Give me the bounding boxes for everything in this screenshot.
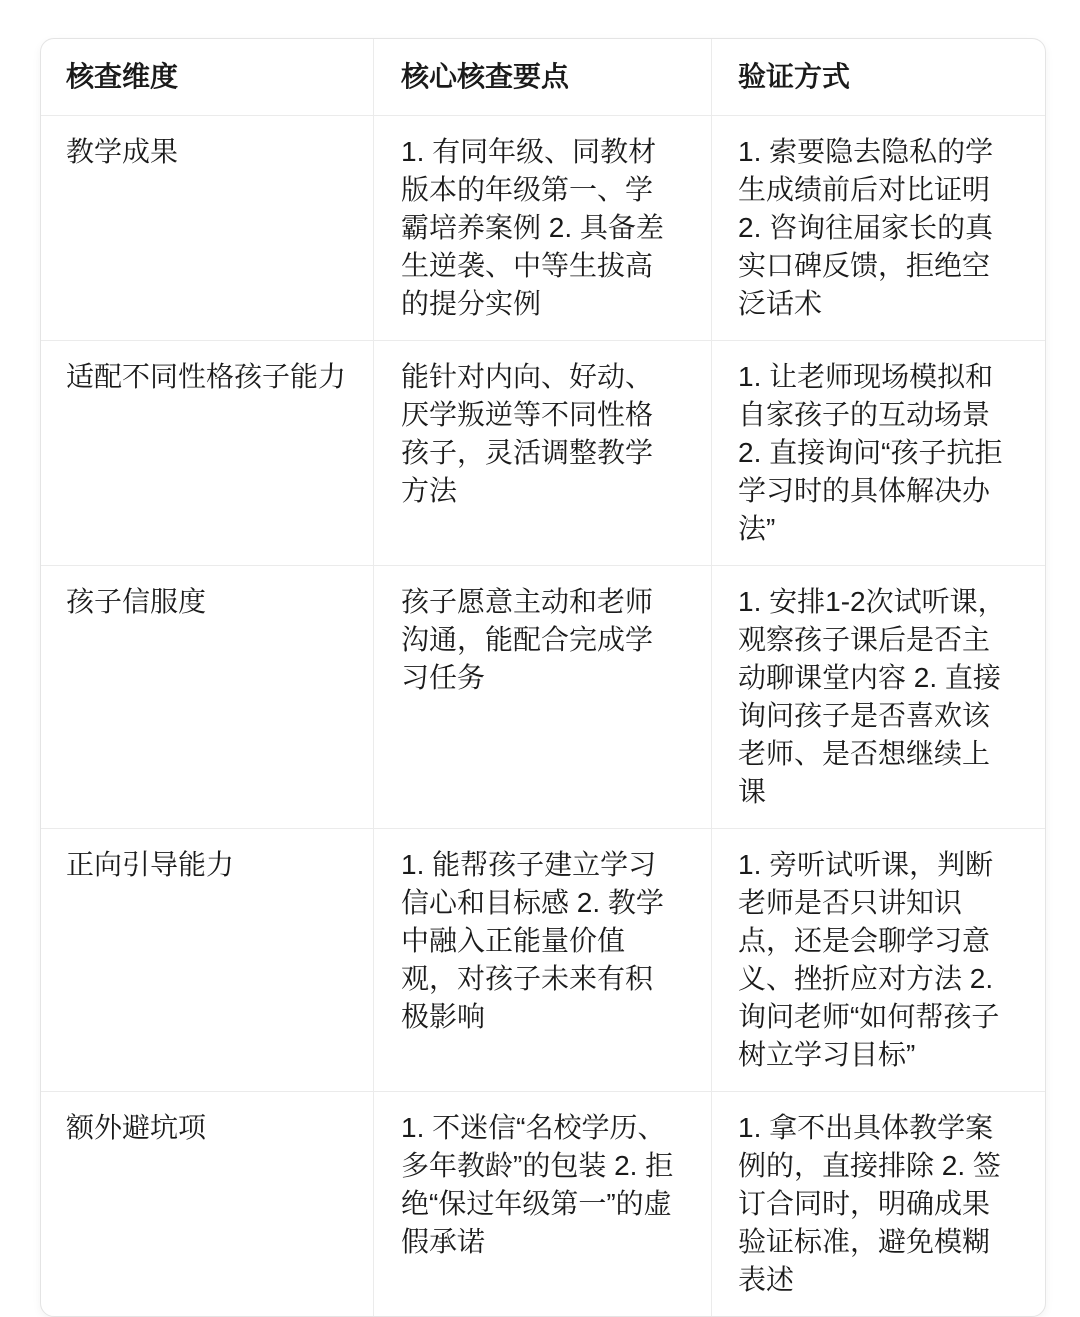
table-header-row: 核查维度 核心核查要点 验证方式 [41, 39, 1045, 116]
cell-key-points: 1. 有同年级、同教材版本的年级第一、学霸培养案例 2. 具备差生逆袭、中等生拔… [373, 116, 711, 341]
cell-verification: 1. 拿不出具体教学案例的，直接排除 2. 签订合同时，明确成果验证标准，避免模… [711, 1092, 1045, 1316]
cell-verification: 1. 让老师现场模拟和自家孩子的互动场景 2. 直接询问“孩子抗拒学习时的具体解… [711, 341, 1045, 566]
cell-dimension: 正向引导能力 [41, 829, 373, 1092]
table-row: 正向引导能力 1. 能帮孩子建立学习信心和目标感 2. 教学中融入正能量价值观，… [41, 829, 1045, 1092]
table-row: 适配不同性格孩子能力 能针对内向、好动、厌学叛逆等不同性格孩子，灵活调整教学方法… [41, 341, 1045, 566]
cell-dimension: 额外避坑项 [41, 1092, 373, 1316]
cell-dimension: 孩子信服度 [41, 566, 373, 829]
table-row: 孩子信服度 孩子愿意主动和老师沟通，能配合完成学习任务 1. 安排1-2次试听课… [41, 566, 1045, 829]
cell-key-points: 能针对内向、好动、厌学叛逆等不同性格孩子，灵活调整教学方法 [373, 341, 711, 566]
column-header-dimension: 核查维度 [41, 39, 373, 116]
cell-key-points: 孩子愿意主动和老师沟通，能配合完成学习任务 [373, 566, 711, 829]
cell-key-points: 1. 不迷信“名校学历、多年教龄”的包装 2. 拒绝“保过年级第一”的虚假承诺 [373, 1092, 711, 1316]
cell-verification: 1. 安排1-2次试听课，观察孩子课后是否主动聊课堂内容 2. 直接询问孩子是否… [711, 566, 1045, 829]
cell-verification: 1. 旁听试听课，判断老师是否只讲知识点，还是会聊学习意义、挫折应对方法 2. … [711, 829, 1045, 1092]
cell-dimension: 教学成果 [41, 116, 373, 341]
table-row: 额外避坑项 1. 不迷信“名校学历、多年教龄”的包装 2. 拒绝“保过年级第一”… [41, 1092, 1045, 1316]
column-header-verification: 验证方式 [711, 39, 1045, 116]
cell-key-points: 1. 能帮孩子建立学习信心和目标感 2. 教学中融入正能量价值观，对孩子未来有积… [373, 829, 711, 1092]
teacher-vetting-table: 核查维度 核心核查要点 验证方式 教学成果 1. 有同年级、同教材版本的年级第一… [40, 38, 1046, 1317]
table-row: 教学成果 1. 有同年级、同教材版本的年级第一、学霸培养案例 2. 具备差生逆袭… [41, 116, 1045, 341]
cell-verification: 1. 索要隐去隐私的学生成绩前后对比证明 2. 咨询往届家长的真实口碑反馈，拒绝… [711, 116, 1045, 341]
table-card: 核查维度 核心核查要点 验证方式 教学成果 1. 有同年级、同教材版本的年级第一… [40, 38, 1046, 1317]
cell-dimension: 适配不同性格孩子能力 [41, 341, 373, 566]
column-header-key-points: 核心核查要点 [373, 39, 711, 116]
